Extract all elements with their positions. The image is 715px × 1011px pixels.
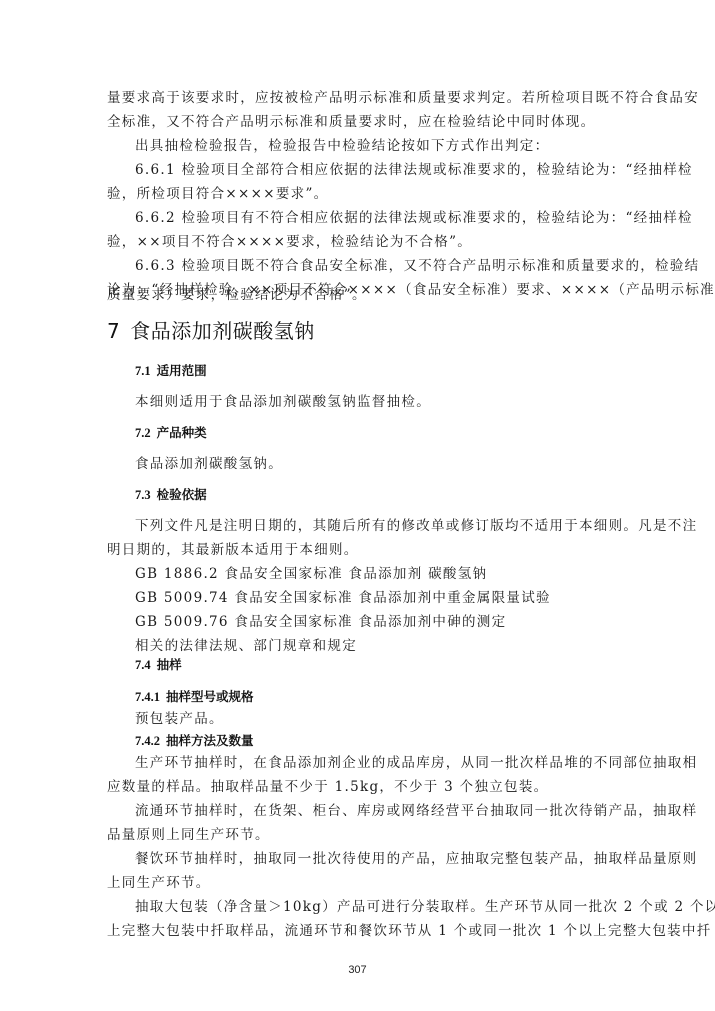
document-page: 量要求高于该要求时，应按被检产品明示标准和质量要求判定。若所检项目既不符合食品安… [0,0,715,1011]
paragraph-line: 量要求高于该要求时，应按被检产品明示标准和质量要求判定。若所检项目既不符合食品安 [107,89,607,107]
reference-item: GB 1886.2 食品安全国家标准 食品添加剂 碳酸氢钠 [135,565,607,583]
reference-item: GB 5009.76 食品安全国家标准 食品添加剂中砷的测定 [135,613,607,631]
clause-6-6-3-cont: 质量要求）要求，检验结论为不合格”。 [107,286,607,304]
sampling-paragraph-cont: 应数量的样品。抽取样品量不少于 1.5kg，不少于 3 个独立包装。 [107,778,607,796]
clause-6-6-1-cont: 验，所检项目符合××××要求”。 [107,185,607,203]
section-heading-7-1: 7.1适用范围 [135,362,207,380]
section-heading-7-4-2: 7.4.2抽样方法及数量 [135,732,254,750]
section-title: 检验依据 [157,487,207,502]
paragraph-line: 全标准，又不符合产品明示标准和质量要求时，应在检验结论中同时体现。 [107,113,607,131]
sampling-paragraph: 餐饮环节抽样时，抽取同一批次待使用的产品，应抽取完整包装产品，抽取样品量原则 [135,850,607,868]
clause-6-6-1: 6.6.1 检验项目全部符合相应依据的法律法规或标准要求的，检验结论为：“经抽样… [135,161,607,179]
section-heading-7-2: 7.2产品种类 [135,424,207,442]
section-7-3-intro: 下列文件凡是注明日期的，其随后所有的修改单或修订版均不适用于本细则。凡是不注 [135,517,607,535]
clause-6-6-3: 6.6.3 检验项目既不符合食品安全标准，又不符合产品明示标准和质量要求的，检验… [135,257,607,275]
section-title: 抽样方法及数量 [166,733,254,748]
section-heading-7-4: 7.4抽样 [135,656,182,674]
section-heading-7-3: 7.3检验依据 [135,486,207,504]
section-number: 7.2 [135,426,151,440]
sampling-paragraph-cont: 品量原则上同生产环节。 [107,826,607,844]
section-title: 适用范围 [157,363,207,378]
section-body-7-2: 食品添加剂碳酸氢钠。 [135,455,607,473]
chapter-heading: 7食品添加剂碳酸氢钠 [107,318,315,344]
sampling-paragraph: 生产环节抽样时，在食品添加剂企业的成品库房，从同一批次样品堆的不同部位抽取相 [135,754,607,772]
chapter-number: 7 [107,319,120,343]
sampling-paragraph: 流通环节抽样时，在货架、柜台、库房或网络经营平台抽取同一批次待销产品，抽取样 [135,802,607,820]
reference-item: 相关的法律法规、部门规章和规定 [135,637,607,655]
sampling-paragraph: 抽取大包装（净含量＞10kg）产品可进行分装取样。生产环节从同一批次 2 个或 … [135,898,607,916]
section-7-3-intro-cont: 明日期的，其最新版本适用于本细则。 [107,541,607,559]
page-number: 307 [0,964,715,976]
chapter-title: 食品添加剂碳酸氢钠 [130,319,315,343]
section-body-7-1: 本细则适用于食品添加剂碳酸氢钠监督抽检。 [135,393,607,411]
reference-item: GB 5009.74 食品安全国家标准 食品添加剂中重金属限量试验 [135,589,607,607]
section-heading-7-4-1: 7.4.1抽样型号或规格 [135,688,254,706]
sampling-paragraph-cont: 上同生产环节。 [107,874,607,892]
section-number: 7.3 [135,488,151,502]
section-title: 抽样型号或规格 [166,689,254,704]
section-number: 7.4.2 [135,734,160,748]
sampling-paragraph-cont: 上完整大包装中扦取样品，流通环节和餐饮环节从 1 个或同一批次 1 个以上完整大… [107,922,607,940]
clause-6-6-2: 6.6.2 检验项目有不符合相应依据的法律法规或标准要求的，检验结论为：“经抽样… [135,209,607,227]
section-title: 抽样 [157,657,182,672]
section-body-7-4-1: 预包装产品。 [135,710,607,728]
section-number: 7.1 [135,364,151,378]
section-title: 产品种类 [157,425,207,440]
clause-6-6-2-cont: 验，××项目不符合××××要求，检验结论为不合格”。 [107,233,607,251]
paragraph-line: 出具抽检检验报告，检验报告中检验结论按如下方式作出判定： [135,137,607,155]
section-number: 7.4.1 [135,690,160,704]
section-number: 7.4 [135,658,151,672]
